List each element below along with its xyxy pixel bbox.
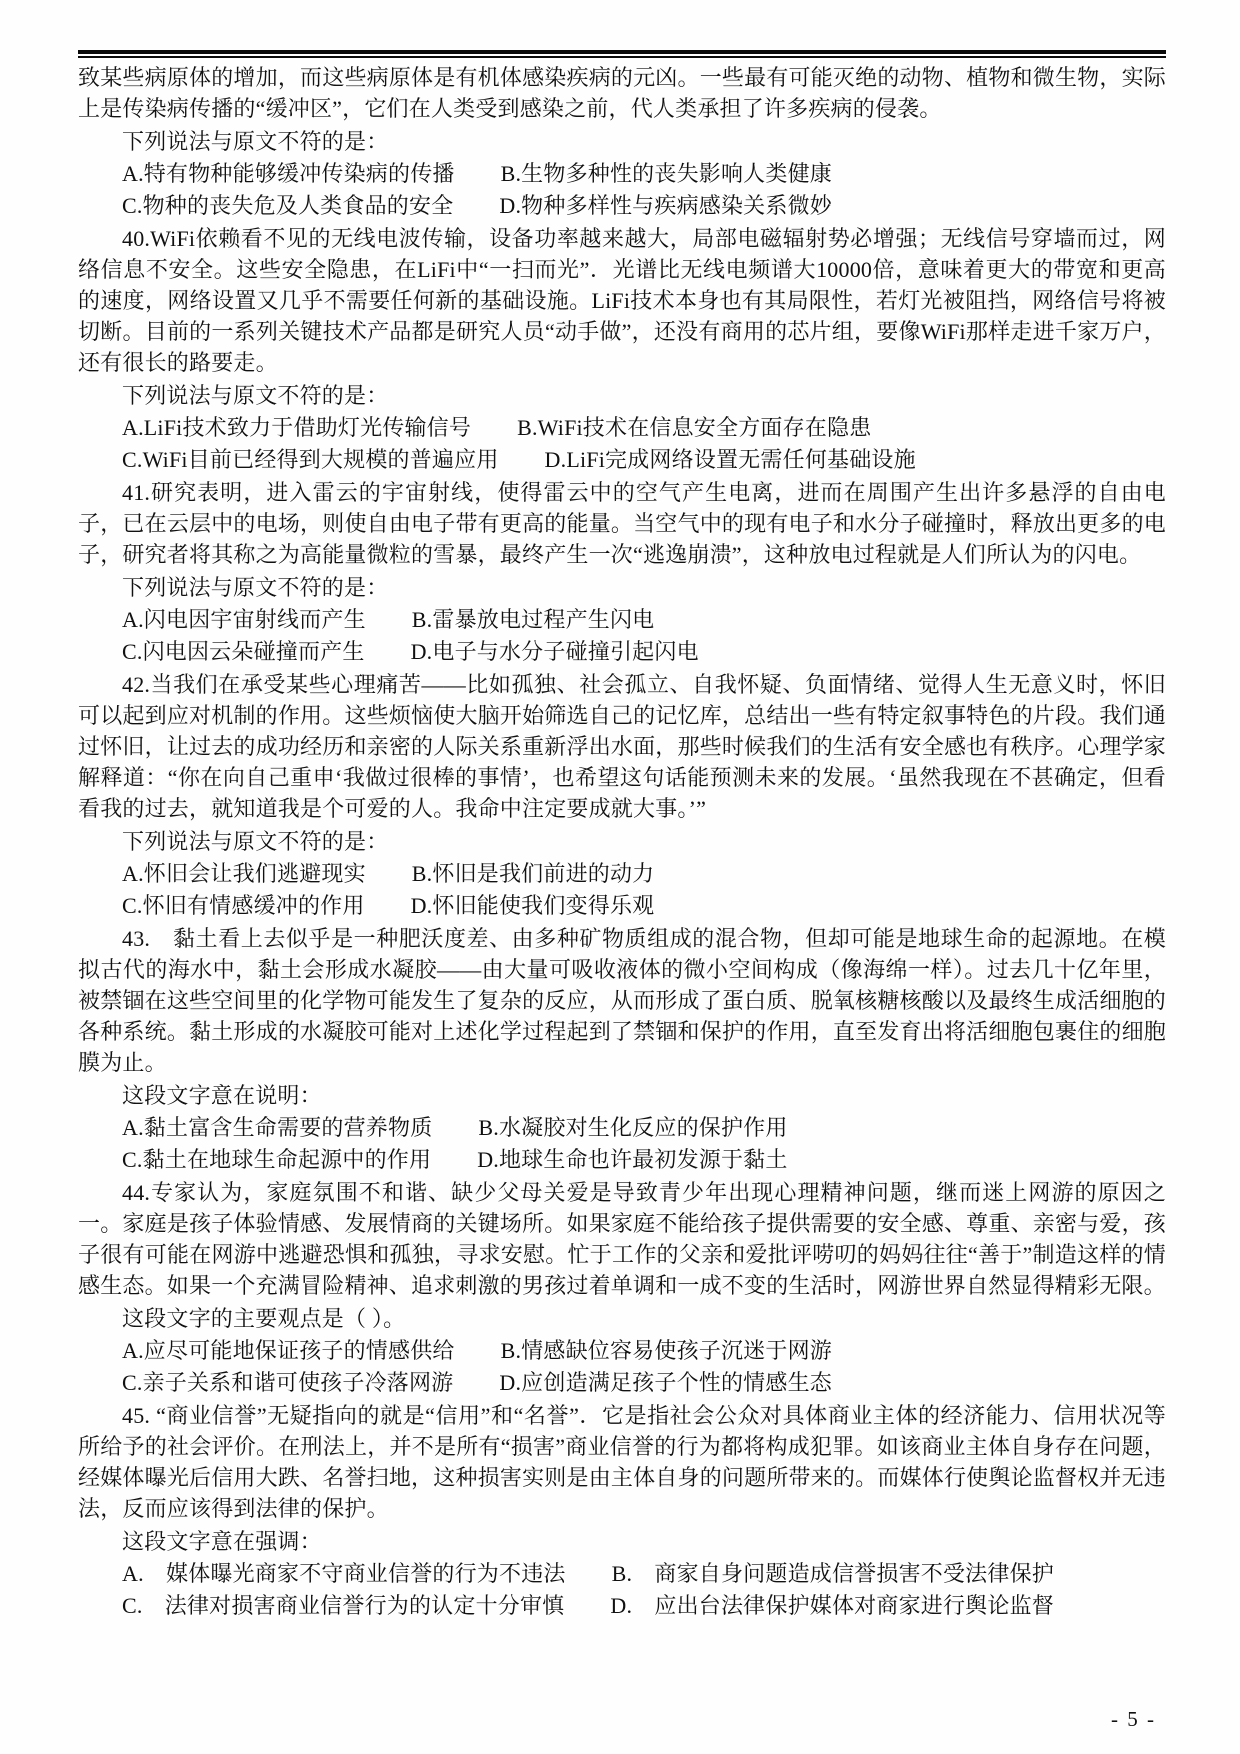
option-row: A.闪电因宇宙射线而产生 B.雷暴放电过程产生闪电 <box>78 604 1166 635</box>
option-d: D.地球生命也许最初发源于黏土 <box>477 1144 787 1175</box>
option-d: D. 应出台法律保护媒体对商家进行舆论监督 <box>610 1590 1054 1621</box>
option-c: C.怀旧有情感缓冲的作用 <box>122 890 365 921</box>
option-row: A.黏土富含生命需要的营养物质 B.水凝胶对生化反应的保护作用 <box>78 1112 1166 1143</box>
exam-page: 致某些病原体的增加，而这些病原体是有机体感染疾病的元凶。一些最有可能灭绝的动物、… <box>0 0 1240 1754</box>
option-a: A.怀旧会让我们逃避现实 <box>122 858 366 889</box>
option-row: A.特有物种能够缓冲传染病的传播 B.生物多种性的丧失影响人类健康 <box>78 158 1166 189</box>
option-row: C. 法律对损害商业信誉行为的认定十分审慎 D. 应出台法律保护媒体对商家进行舆… <box>78 1590 1166 1621</box>
option-row: C.黏土在地球生命起源中的作用 D.地球生命也许最初发源于黏土 <box>78 1144 1166 1175</box>
option-b: B.雷暴放电过程产生闪电 <box>412 604 655 635</box>
question-passage: 41.研究表明，进入雷云的宇宙射线，使得雷云中的空气产生电离，进而在周围产生出许… <box>78 477 1166 570</box>
option-c: C.物种的丧失危及人类食品的安全 <box>122 190 453 221</box>
option-a: A.LiFi技术致力于借助灯光传输信号 <box>122 412 471 443</box>
question-stem: 下列说法与原文不符的是： <box>78 126 1166 157</box>
question-stem: 这段文字意在强调： <box>78 1526 1166 1557</box>
question-passage: 致某些病原体的增加，而这些病原体是有机体感染疾病的元凶。一些最有可能灭绝的动物、… <box>78 62 1166 124</box>
page-number: - 5 - <box>1111 1707 1156 1732</box>
question-stem: 下列说法与原文不符的是： <box>78 572 1166 603</box>
option-d: D.应创造满足孩子个性的情感生态 <box>499 1367 832 1398</box>
question-passage: 43. 黏土看上去似乎是一种肥沃度差、由多种矿物质组成的混合物，但却可能是地球生… <box>78 923 1166 1078</box>
question-passage: 44.专家认为，家庭氛围不和谐、缺少父母关爱是导致青少年出现心理精神问题，继而迷… <box>78 1177 1166 1301</box>
option-d: D.LiFi完成网络设置无需任何基础设施 <box>545 444 916 475</box>
question-block-41: 41.研究表明，进入雷云的宇宙射线，使得雷云中的空气产生电离，进而在周围产生出许… <box>78 477 1166 667</box>
question-block-40: 40.WiFi依赖看不见的无线电波传输，设备功率越来越大，局部电磁辐射势必增强；… <box>78 223 1166 475</box>
option-c: C. 法律对损害商业信誉行为的认定十分审慎 <box>122 1590 564 1621</box>
question-block-45: 45. “商业信誉”无疑指向的就是“信用”和“名誉”．它是指社会公众对具体商业主… <box>78 1400 1166 1621</box>
question-block-39-continuation: 致某些病原体的增加，而这些病原体是有机体感染疾病的元凶。一些最有可能灭绝的动物、… <box>78 62 1166 221</box>
option-row: C.怀旧有情感缓冲的作用 D.怀旧能使我们变得乐观 <box>78 890 1166 921</box>
option-c: C.黏土在地球生命起源中的作用 <box>122 1144 431 1175</box>
question-passage: 40.WiFi依赖看不见的无线电波传输，设备功率越来越大，局部电磁辐射势必增强；… <box>78 223 1166 378</box>
option-a: A. 媒体曝光商家不守商业信誉的行为不违法 <box>122 1558 566 1589</box>
option-a: A.闪电因宇宙射线而产生 <box>122 604 366 635</box>
option-c: C.WiFi目前已经得到大规模的普遍应用 <box>122 444 499 475</box>
option-b: B. 商家自身问题造成信誉损害不受法律保护 <box>612 1558 1054 1589</box>
question-block-43: 43. 黏土看上去似乎是一种肥沃度差、由多种矿物质组成的混合物，但却可能是地球生… <box>78 923 1166 1175</box>
option-b: B.怀旧是我们前进的动力 <box>412 858 655 889</box>
question-stem: 下列说法与原文不符的是： <box>78 380 1166 411</box>
option-row: C.WiFi目前已经得到大规模的普遍应用 D.LiFi完成网络设置无需任何基础设… <box>78 444 1166 475</box>
question-block-44: 44.专家认为，家庭氛围不和谐、缺少父母关爱是导致青少年出现心理精神问题，继而迷… <box>78 1177 1166 1398</box>
question-stem: 这段文字的主要观点是（ ）。 <box>78 1303 1166 1334</box>
question-passage: 42.当我们在承受某些心理痛苦——比如孤独、社会孤立、自我怀疑、负面情绪、觉得人… <box>78 669 1166 824</box>
option-d: D.电子与水分子碰撞引起闪电 <box>411 636 699 667</box>
option-row: C.物种的丧失危及人类食品的安全 D.物种多样性与疾病感染关系微妙 <box>78 190 1166 221</box>
option-a: A.黏土富含生命需要的营养物质 <box>122 1112 432 1143</box>
option-c: C.闪电因云朵碰撞而产生 <box>122 636 365 667</box>
option-a: A.应尽可能地保证孩子的情感供给 <box>122 1335 455 1366</box>
option-row: C.亲子关系和谐可使孩子冷落网游 D.应创造满足孩子个性的情感生态 <box>78 1367 1166 1398</box>
option-d: D.怀旧能使我们变得乐观 <box>411 890 655 921</box>
question-stem: 下列说法与原文不符的是： <box>78 826 1166 857</box>
question-block-42: 42.当我们在承受某些心理痛苦——比如孤独、社会孤立、自我怀疑、负面情绪、觉得人… <box>78 669 1166 921</box>
option-a: A.特有物种能够缓冲传染病的传播 <box>122 158 455 189</box>
question-passage: 45. “商业信誉”无疑指向的就是“信用”和“名誉”．它是指社会公众对具体商业主… <box>78 1400 1166 1524</box>
option-b: B.水凝胶对生化反应的保护作用 <box>478 1112 787 1143</box>
option-b: B.WiFi技术在信息安全方面存在隐患 <box>517 412 871 443</box>
option-c: C.亲子关系和谐可使孩子冷落网游 <box>122 1367 453 1398</box>
question-stem: 这段文字意在说明： <box>78 1080 1166 1111</box>
option-row: A.LiFi技术致力于借助灯光传输信号 B.WiFi技术在信息安全方面存在隐患 <box>78 412 1166 443</box>
option-d: D.物种多样性与疾病感染关系微妙 <box>499 190 832 221</box>
option-row: C.闪电因云朵碰撞而产生 D.电子与水分子碰撞引起闪电 <box>78 636 1166 667</box>
option-row: A.怀旧会让我们逃避现实 B.怀旧是我们前进的动力 <box>78 858 1166 889</box>
option-row: A.应尽可能地保证孩子的情感供给 B.情感缺位容易使孩子沉迷于网游 <box>78 1335 1166 1366</box>
option-row: A. 媒体曝光商家不守商业信誉的行为不违法 B. 商家自身问题造成信誉损害不受法… <box>78 1558 1166 1589</box>
option-b: B.情感缺位容易使孩子沉迷于网游 <box>501 1335 832 1366</box>
option-b: B.生物多种性的丧失影响人类健康 <box>501 158 832 189</box>
header-double-rule <box>78 50 1166 58</box>
page-content: 致某些病原体的增加，而这些病原体是有机体感染疾病的元凶。一些最有可能灭绝的动物、… <box>78 50 1166 1621</box>
